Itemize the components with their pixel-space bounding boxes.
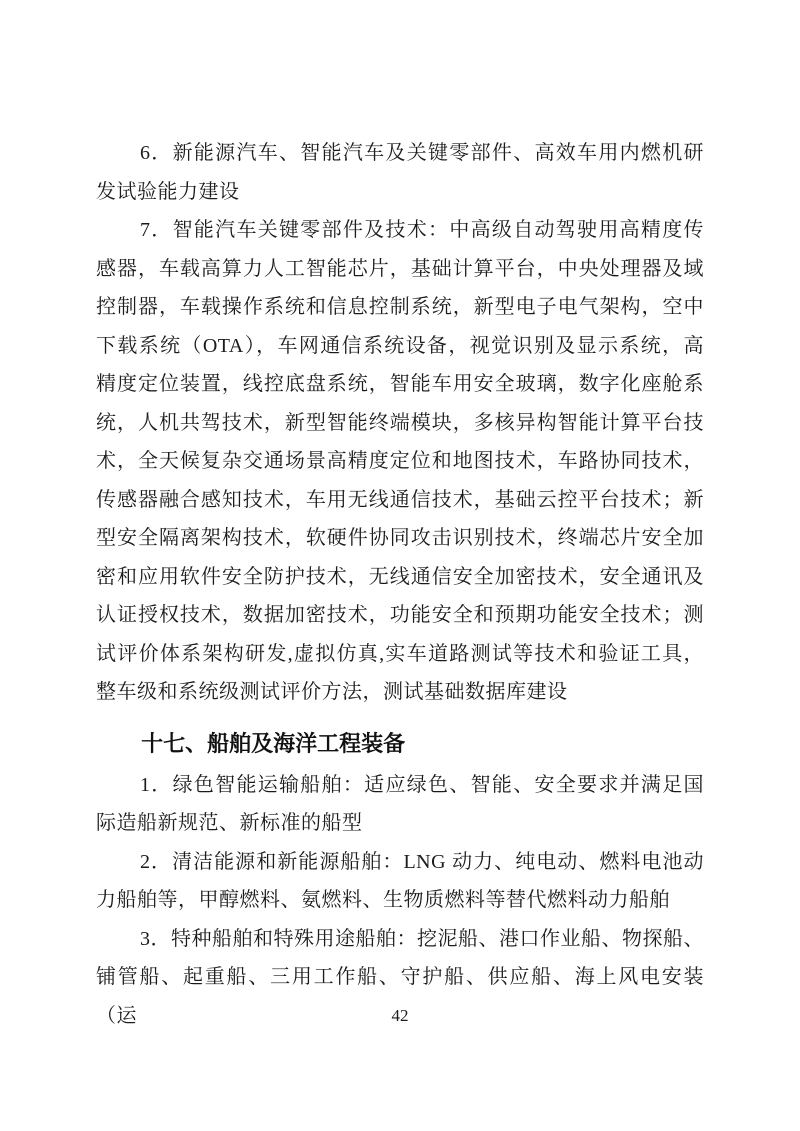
text-line: 术，全天候复杂交通场景高精度定位和地图技术，车路协同技术， — [96, 442, 704, 481]
text-line: 际造船新规范、新标准的船型 — [96, 804, 704, 843]
text-line: 6．新能源汽车、智能汽车及关键零部件、高效车用内燃机研 — [96, 134, 704, 173]
text-line: 7．智能汽车关键零部件及技术：中高级自动驾驶用高精度传 — [96, 211, 704, 250]
document-page: 6．新能源汽车、智能汽车及关键零部件、高效车用内燃机研发试验能力建设7．智能汽车… — [0, 0, 800, 1131]
paragraph: 2．清洁能源和新能源船舶：LNG 动力、纯电动、燃料电池动力船舶等，甲醇燃料、氨… — [96, 843, 704, 920]
text-line: 统，人机共驾技术，新型智能终端模块，多核异构智能计算平台技 — [96, 404, 704, 443]
text-line: 整车级和系统级测试评价方法，测试基础数据库建设 — [96, 673, 704, 712]
text-line: 控制器，车载操作系统和信息控制系统，新型电子电气架构，空中 — [96, 288, 704, 327]
text-line: 2．清洁能源和新能源船舶：LNG 动力、纯电动、燃料电池动 — [96, 843, 704, 882]
paragraph: 1．绿色智能运输船舶：适应绿色、智能、安全要求并满足国际造船新规范、新标准的船型 — [96, 766, 704, 843]
text-line: 密和应用软件安全防护技术，无线通信安全加密技术，安全通讯及 — [96, 558, 704, 597]
text-line: 下载系统（OTA），车网通信系统设备，视觉识别及显示系统，高 — [96, 327, 704, 366]
page-number: 42 — [0, 1006, 800, 1026]
paragraph: 7．智能汽车关键零部件及技术：中高级自动驾驶用高精度传感器，车载高算力人工智能芯… — [96, 211, 704, 712]
text-line: 试评价体系架构研发,虚拟仿真,实车道路测试等技术和验证工具， — [96, 635, 704, 674]
paragraph: 6．新能源汽车、智能汽车及关键零部件、高效车用内燃机研发试验能力建设 — [96, 134, 704, 211]
text-line: 发试验能力建设 — [96, 173, 704, 212]
text-line: 力船舶等，甲醇燃料、氨燃料、生物质燃料等替代燃料动力船舶 — [96, 881, 704, 920]
section-heading: 十七、船舶及海洋工程装备 — [96, 724, 704, 764]
text-line: 传感器融合感知技术，车用无线通信技术，基础云控平台技术；新 — [96, 481, 704, 520]
text-line: 3．特种船舶和特殊用途船舶：挖泥船、港口作业船、物探船、 — [96, 920, 704, 959]
text-line: 认证授权技术，数据加密技术，功能安全和预期功能安全技术；测 — [96, 596, 704, 635]
text-line: 型安全隔离架构技术，软硬件协同攻击识别技术，终端芯片安全加 — [96, 519, 704, 558]
text-line: 感器，车载高算力人工智能芯片，基础计算平台，中央处理器及域 — [96, 250, 704, 289]
document-body: 6．新能源汽车、智能汽车及关键零部件、高效车用内燃机研发试验能力建设7．智能汽车… — [96, 134, 704, 997]
text-line: 精度定位装置，线控底盘系统，智能车用安全玻璃，数字化座舱系 — [96, 365, 704, 404]
text-line: 1．绿色智能运输船舶：适应绿色、智能、安全要求并满足国 — [96, 766, 704, 805]
paragraph: 3．特种船舶和特殊用途船舶：挖泥船、港口作业船、物探船、铺管船、起重船、三用工作… — [96, 920, 704, 997]
text-line: 铺管船、起重船、三用工作船、守护船、供应船、海上风电安装（运 — [96, 958, 704, 997]
